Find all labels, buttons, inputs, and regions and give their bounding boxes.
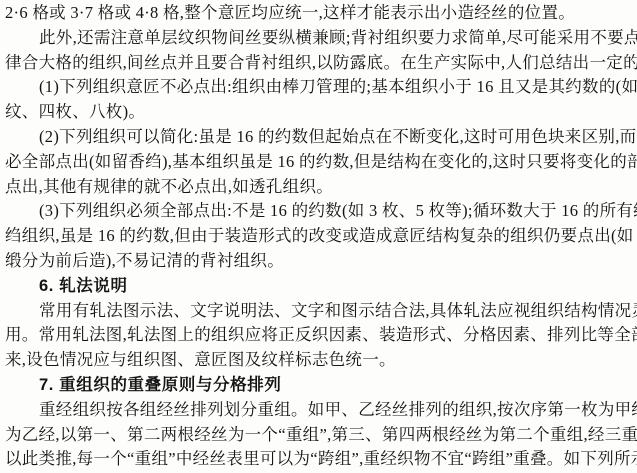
section-heading-7: 7. 重组织的重叠原则与分格排列 <box>0 373 637 398</box>
text-line: 为乙经,以第一、第二两根经丝为一个“重组”,第三、第四两根经丝为第二个重组,经三… <box>0 423 637 448</box>
list-item-3-line: (3)下列组织必须全部点出:不是 16 的约数(如 3 枚、5 枚等);循环数大… <box>0 199 637 224</box>
text-line: 2·6 格或 3·7 格或 4·8 格,整个意匠均应统一,这样才能表示出小造经丝… <box>0 1 637 26</box>
text-line: 绉组织,虽是 16 的约数,但由于装造形式的改变或造成意匠结构复杂的组织仍要点出… <box>0 224 637 249</box>
text-line: 来,设色情况应与组织图、意匠图及纹样标志色统一。 <box>0 348 637 373</box>
text-line: 纹、四枚、八枚)。 <box>0 100 637 125</box>
text-line: 律合大格的组织,间丝点并且要合背衬组织,以防露底。在生产实际中,人们总结出一定的… <box>0 51 637 76</box>
text-line: 常用有轧法图示法、文字说明法、文字和图示结合法,具体轧法应视组织结构情况灵活应 <box>0 299 637 324</box>
text-line: 用。常用轧法图,轧法图上的组织应将正反织因素、装造形式、分格因素、排列比等全部反… <box>0 323 637 348</box>
section-heading-6: 6. 轧法说明 <box>0 274 637 299</box>
text-line: 此外,还需注意单层纹织物间丝要纵横兼顾;背衬组织要力求简单,尽可能采用不要点出的… <box>0 26 637 51</box>
text-line: 点出,其他有规律的就不必点出,如透孔组织。 <box>0 175 637 200</box>
list-item-1-line: (1)下列组织意匠不必点出:组织由棒刀管理的;基本组织小于 16 且又是其约数的… <box>0 75 637 100</box>
text-line: 缎分为前后造),不易记清的背衬组织。 <box>0 249 637 274</box>
text-line: 重经组织按各组经丝排列划分重组。如甲、乙经丝排列的组织,按次序第一枚为甲经、第二… <box>0 398 637 423</box>
text-line: 以此类推,每一个“重组”中经丝表里可以为“跨组”,重经织物不宜“跨组”重叠。如下… <box>0 447 637 472</box>
document-page: 2·6 格或 3·7 格或 4·8 格,整个意匠均应统一,这样才能表示出小造经丝… <box>0 0 637 473</box>
text-line: 必全部点出(如留香绉),基本组织虽是 16 的约数,但是结构在变化的,这时只要将… <box>0 150 637 175</box>
list-item-2-line: (2)下列组织可以简化:虽是 16 的约数但起始点在不断变化,这时可用色块来区别… <box>0 125 637 150</box>
